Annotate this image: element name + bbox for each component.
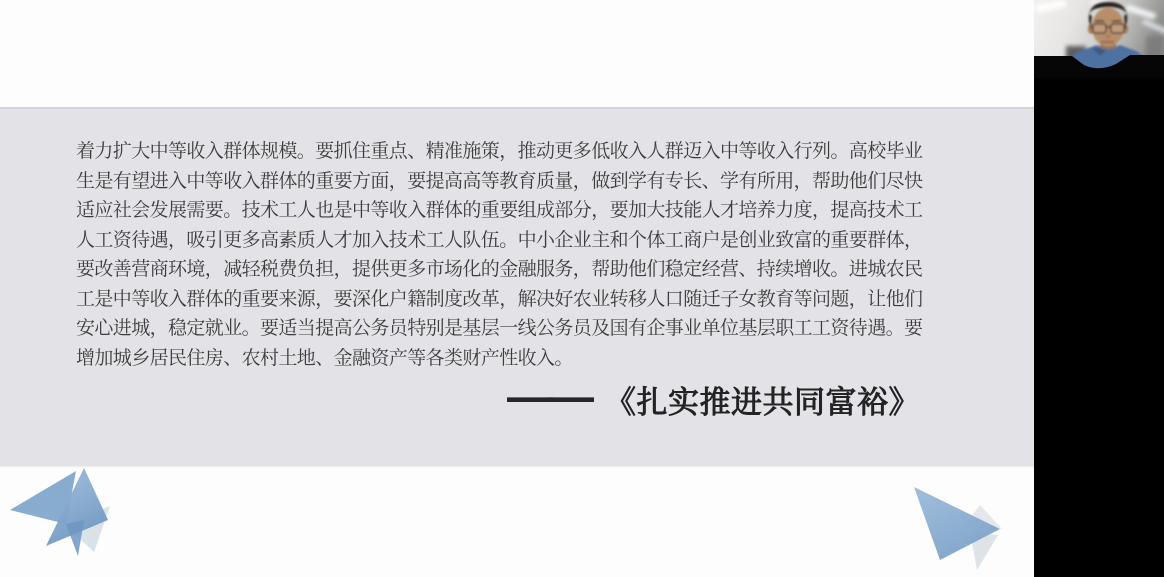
citation-dash: —— [507, 373, 589, 419]
slide: 着力扩大中等收入群体规模。要抓住重点、精准施策，推动更多低收入人群迈入中等收入行… [0, 107, 1034, 466]
slide-body: 着力扩大中等收入群体规模。要抓住重点、精准施策，推动更多低收入人群迈入中等收入行… [76, 137, 956, 373]
body-line: 工是中等收入群体的重要来源，要深化户籍制度改革，解决好农业转移人口随迁子女教育等… [76, 285, 956, 315]
body-line: 要改善营商环境，减轻税费负担，提供更多市场化的金融服务，帮助他们稳定经营、持续增… [76, 255, 956, 285]
citation-source-title: 《扎实推进共同富裕》 [605, 377, 920, 422]
participant-video-tile[interactable] [1034, 0, 1164, 78]
body-line: 生是有望进入中等收入群体的重要方面，要提高高等教育质量，做到学有专长、学有所用，… [76, 167, 956, 197]
body-line: 适应社会发展需要。技术工人也是中等收入群体的重要组成部分，要加大技能人才培养力度… [76, 196, 956, 226]
shared-screen-area: 着力扩大中等收入群体规模。要抓住重点、精准施策，推动更多低收入人群迈入中等收入行… [0, 0, 1034, 577]
body-line: 着力扩大中等收入群体规模。要抓住重点、精准施策，推动更多低收入人群迈入中等收入行… [76, 137, 956, 167]
body-line: 增加城乡居民住房、农村土地、金融资产等各类财产性收入。 [76, 344, 956, 374]
webcam-video [1034, 0, 1164, 78]
participant-video-panel [1034, 0, 1164, 577]
body-line: 安心进城，稳定就业。要适当提高公务员特别是基层一线公务员及国有企事业单位基层职工… [76, 314, 956, 344]
paper-plane-icon [896, 476, 1008, 576]
paper-plane-icon [6, 462, 126, 564]
body-line: 人工资待遇，吸引更多高素质人才加入技术工人队伍。中小企业主和个体工商户是创业致富… [76, 226, 956, 256]
meeting-screen: 着力扩大中等收入群体规模。要抓住重点、精准施策，推动更多低收入人群迈入中等收入行… [0, 0, 1164, 577]
citation: —— 《扎实推进共同富裕》 [507, 377, 920, 422]
